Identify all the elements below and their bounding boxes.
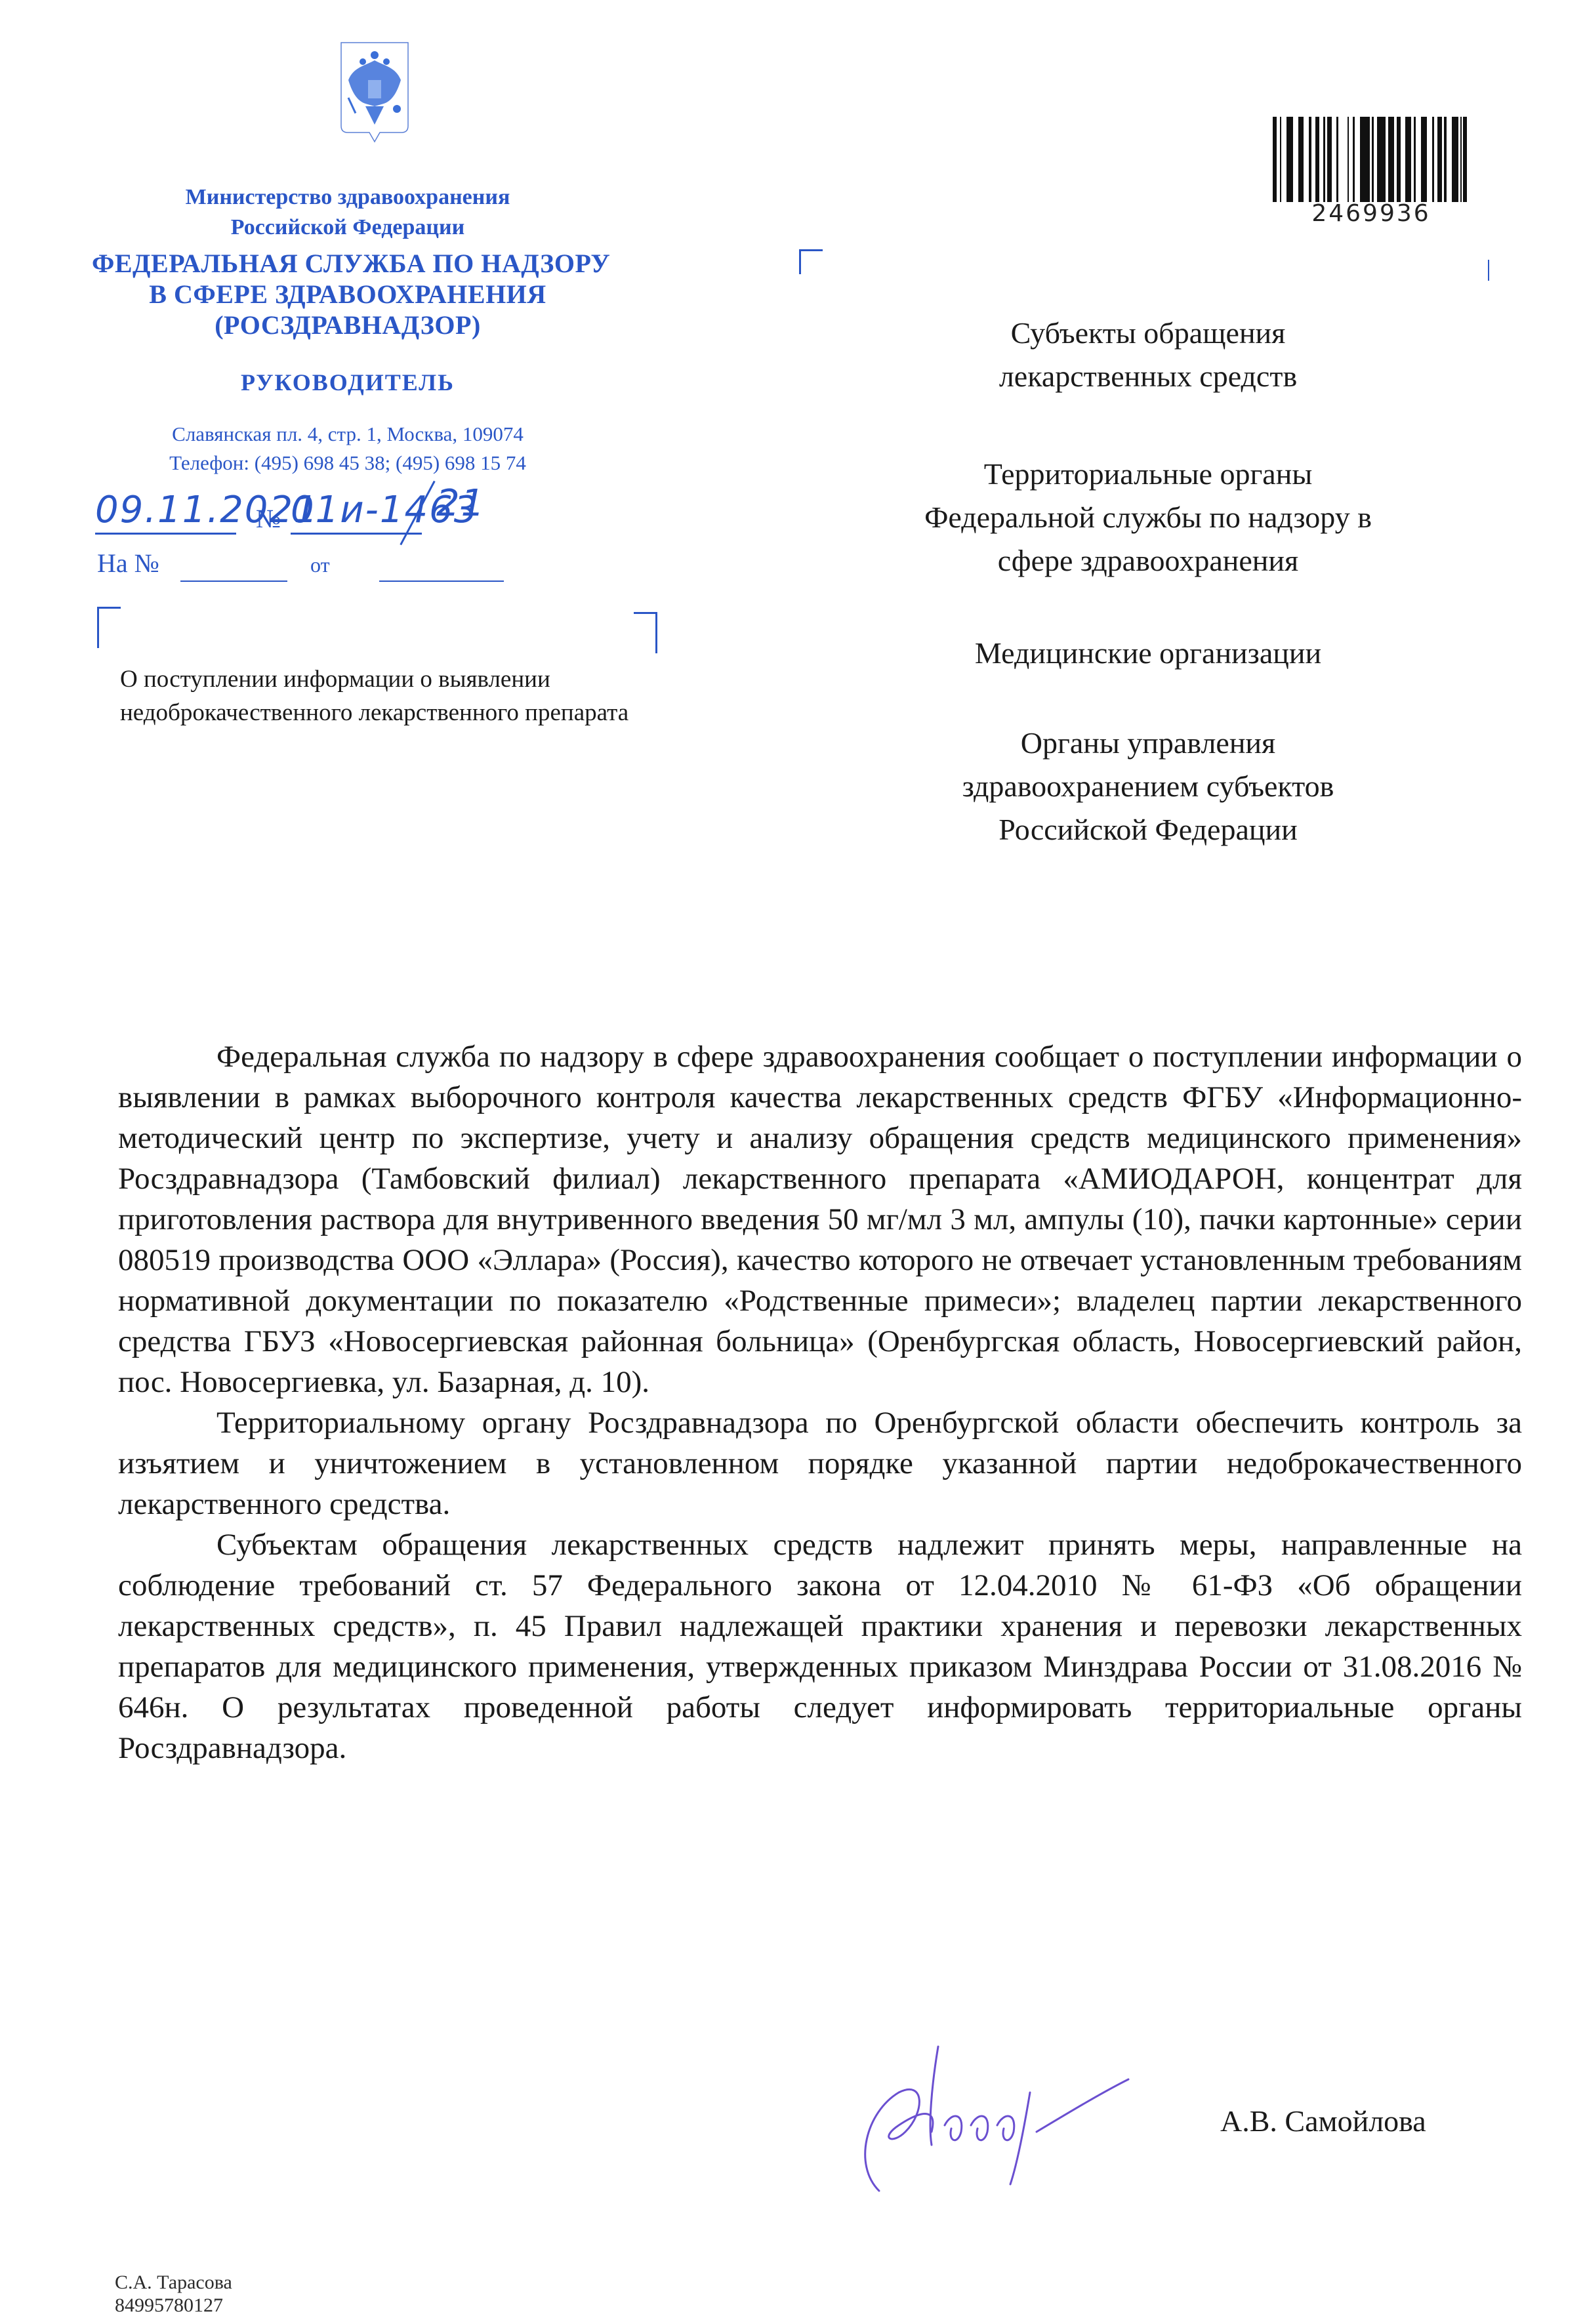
addressee-4-line-3: Российской Федерации — [820, 808, 1476, 851]
service-line-3: (РОСЗДРАВНАДЗОР) — [92, 310, 604, 340]
executor-name: С.А. Тарасова — [115, 2271, 232, 2294]
ministry-line-1: Министерство здравоохранения — [98, 182, 597, 213]
contact-block: Славянская пл. 4, стр. 1, Москва, 109074… — [92, 420, 604, 478]
addressee-corner-right — [1488, 260, 1489, 281]
addressee-4-line-1: Органы управления — [820, 722, 1476, 765]
addressee-2: Территориальные органы Федеральной служб… — [820, 453, 1476, 582]
coat-of-arms-emblem — [339, 41, 410, 144]
registration-suffix: 21 — [436, 482, 485, 525]
reply-from-label: от — [310, 553, 330, 577]
registration-row: 09.11.2021 № 01и-1463 21 — [95, 489, 751, 541]
body-paragraph-1: Федеральная служба по надзору в сфере зд… — [118, 1036, 1522, 1402]
signatory-name: А.В. Самойлова — [1220, 2104, 1426, 2138]
letter-subject: О поступлении информации о выявлении нед… — [120, 663, 684, 729]
service-name: ФЕДЕРАЛЬНАЯ СЛУЖБА ПО НАДЗОРУ В СФЕРЕ ЗД… — [92, 248, 604, 340]
ministry-line-2: Российской Федерации — [98, 213, 597, 243]
reply-number-blank — [180, 581, 287, 582]
subject-corner-right — [634, 612, 657, 653]
addressee-1-line-2: лекарственных средств — [820, 355, 1476, 398]
addressee-3: Медицинские организации — [820, 632, 1476, 675]
ministry-name: Министерство здравоохранения Российской … — [98, 182, 597, 243]
executor-phone: 84995780127 — [115, 2294, 232, 2317]
handwritten-signature — [840, 2033, 1181, 2204]
barcode-number: 2469936 — [1302, 200, 1440, 227]
addressee-corner-left — [799, 249, 823, 274]
reply-to-label: На № — [97, 548, 159, 579]
address: Славянская пл. 4, стр. 1, Москва, 109074 — [92, 420, 604, 449]
registration-number: 01и-1463 — [291, 489, 422, 535]
addressee-1-line-1: Субъекты обращения — [820, 312, 1476, 355]
letter-body: Федеральная служба по надзору в сфере зд… — [118, 1036, 1522, 1768]
addressee-1: Субъекты обращения лекарственных средств — [820, 312, 1476, 398]
service-line-2: В СФЕРЕ ЗДРАВООХРАНЕНИЯ — [92, 279, 604, 310]
addressee-4-line-2: здравоохранением субъектов — [820, 765, 1476, 808]
position-title: РУКОВОДИТЕЛЬ — [92, 369, 604, 396]
body-paragraph-3: Субъектам обращения лекарственных средст… — [118, 1524, 1522, 1768]
service-line-1: ФЕДЕРАЛЬНАЯ СЛУЖБА ПО НАДЗОРУ — [92, 248, 604, 279]
addressee-2-line-1: Территориальные органы — [820, 453, 1476, 496]
addressee-3-line-1: Медицинские организации — [820, 632, 1476, 675]
body-paragraph-2: Территориальному органу Росздравнадзора … — [118, 1402, 1522, 1524]
executor-block: С.А. Тарасова 84995780127 — [115, 2271, 232, 2317]
phone: Телефон: (495) 698 45 38; (495) 698 15 7… — [92, 449, 604, 478]
addressee-2-line-3: сферe здравоохранения — [820, 539, 1476, 582]
registration-date: 09.11.2021 — [95, 489, 236, 535]
addressee-4: Органы управления здравоохранением субъе… — [820, 722, 1476, 851]
number-sign: № — [256, 503, 281, 534]
barcode — [1273, 117, 1467, 202]
subject-corner-left — [97, 607, 121, 648]
addressee-2-line-2: Федеральной службы по надзору в — [820, 496, 1476, 539]
reply-reference-row: На № от — [97, 548, 661, 587]
reply-date-blank — [379, 581, 504, 582]
